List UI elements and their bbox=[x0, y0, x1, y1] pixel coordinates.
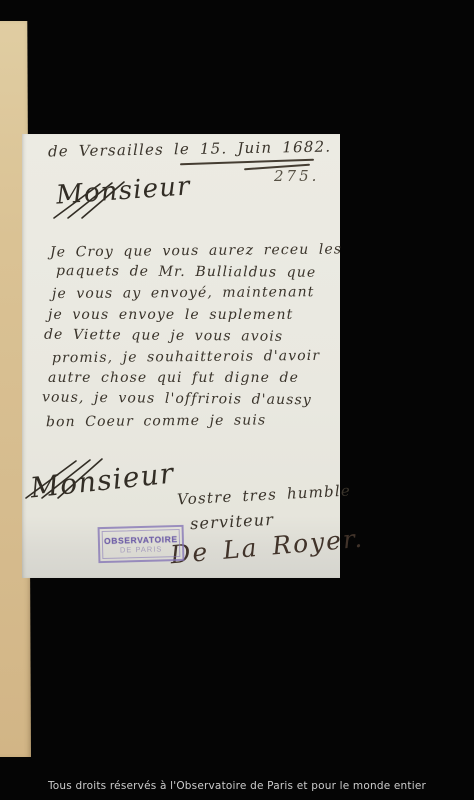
archival-number: 275. bbox=[274, 167, 319, 185]
body-line: autre chose qui fut digne de bbox=[48, 368, 342, 389]
observatory-stamp-inner: OBSERVATOIRE DE PARIS bbox=[102, 529, 181, 559]
body-line: paquets de Mr. Bullialdus que bbox=[56, 261, 342, 284]
dateline: de Versailles le 15. Juin 1682. bbox=[48, 138, 332, 161]
closing-line: serviteur bbox=[190, 510, 275, 533]
copyright-text: Tous droits réservés à l'Observatoire de… bbox=[48, 780, 426, 792]
observatory-stamp: OBSERVATOIRE DE PARIS bbox=[98, 525, 185, 563]
body-line: de Viette que je vous avois bbox=[44, 325, 342, 349]
letter-page: de Versailles le 15. Juin 1682. 275. Mon… bbox=[22, 134, 340, 578]
scan-viewport: de Versailles le 15. Juin 1682. 275. Mon… bbox=[0, 0, 474, 800]
body-line: Je Croy que vous aurez receu les bbox=[50, 239, 342, 263]
body-line: bon Coeur comme je suis bbox=[46, 409, 342, 433]
letter-body: Je Croy que vous aurez receu les paquets… bbox=[42, 241, 342, 432]
body-line: je vous ay envoyé, maintenant bbox=[52, 282, 342, 305]
body-line: vous, je vous l'offrirois d'aussy bbox=[42, 388, 342, 412]
closing-line: Vostre tres humble bbox=[177, 481, 352, 508]
salutation: Monsieur bbox=[55, 171, 192, 210]
body-line: je vous envoye le suplement bbox=[48, 305, 342, 326]
copyright-bar: Tous droits réservés à l'Observatoire de… bbox=[0, 774, 474, 793]
body-line: promis, je souhaitterois d'avoir bbox=[52, 346, 342, 370]
stamp-line-2: DE PARIS bbox=[120, 544, 163, 554]
